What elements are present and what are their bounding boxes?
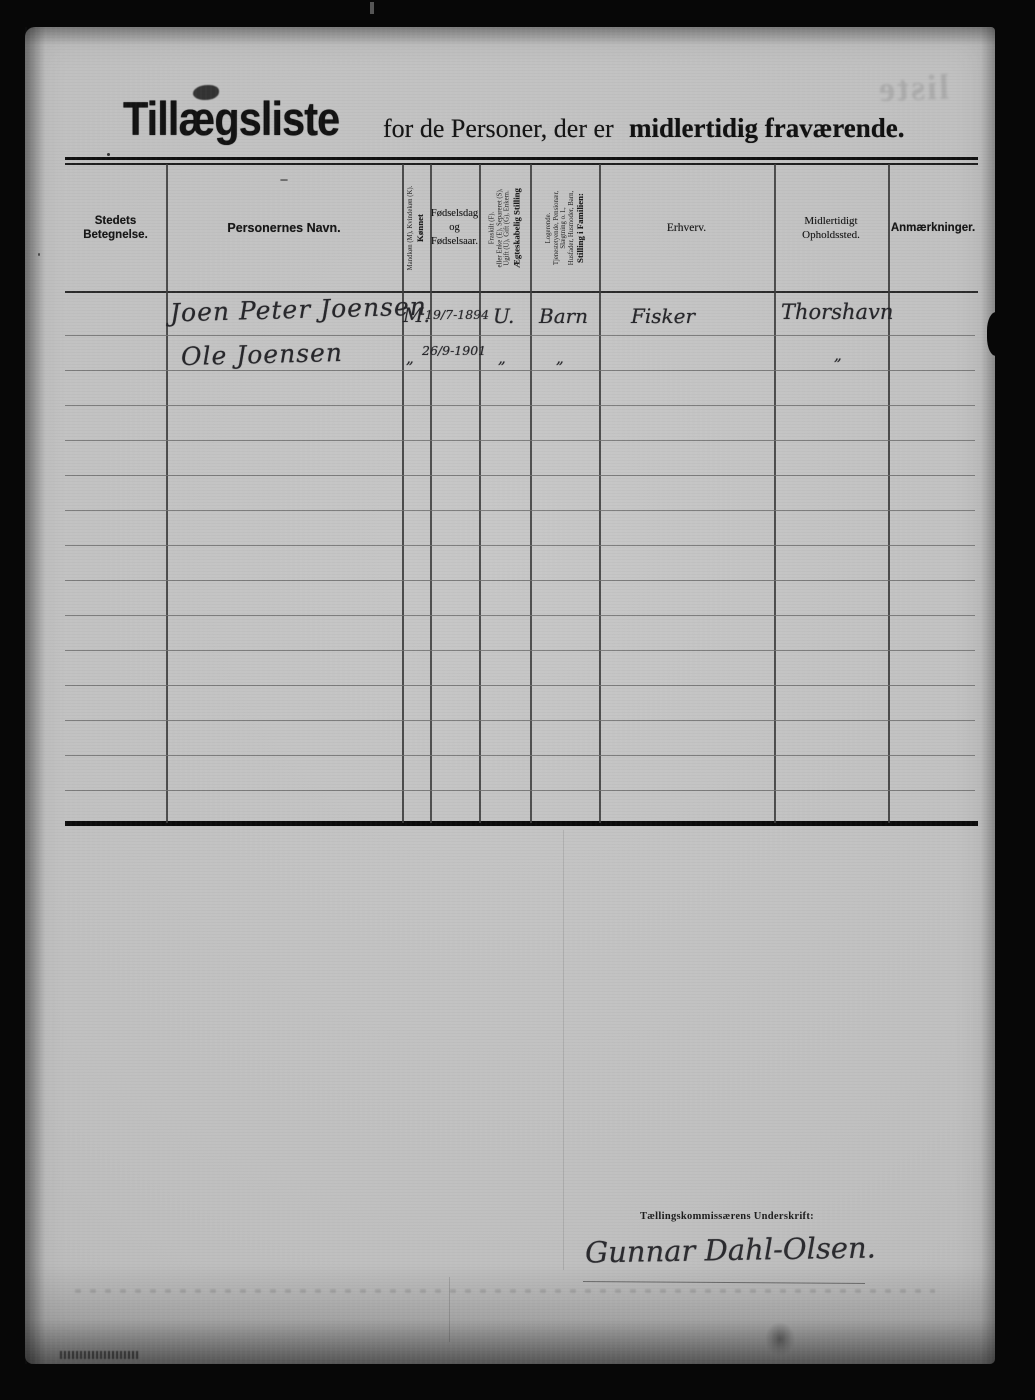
column-header-place: Stedets Betegnelse. <box>65 165 166 291</box>
scanner-edge-mark <box>370 2 374 14</box>
scanned-page: liste Tillægsliste for de Personer, der … <box>0 0 1035 1400</box>
form-subtitle: for de Personer, der er <box>383 114 614 144</box>
entry-residence: Thorshavn <box>781 300 893 324</box>
entry-birthdate: 26/9-1901 <box>422 343 486 358</box>
column-header-family-main: Stilling i Familien: <box>575 167 585 289</box>
column-header-marital-sub1: Ugift (U), Gift (G), Enkem. <box>503 167 511 289</box>
row-line <box>65 755 975 756</box>
scanner-edge-blob <box>987 312 1005 356</box>
column-header-marital-sub3: Fraskilt (F). <box>488 167 496 289</box>
fold-crease <box>563 830 564 1270</box>
dust-speck <box>107 153 110 156</box>
row-line <box>65 650 975 651</box>
column-header-gender-main: Kønnet <box>415 167 425 289</box>
column-header-family: Logerende. Tjenestetyende, Pensionær, Sl… <box>530 165 599 291</box>
entry-gender: „ <box>406 349 414 367</box>
column-header-family-sub2: Slægtning o. l., <box>560 167 568 289</box>
bleedthrough-text: liste <box>876 66 949 110</box>
row-line <box>65 615 975 616</box>
signature-label: Tællingskommissærens Underskrift: <box>640 1211 814 1222</box>
table-top-rule <box>65 157 978 160</box>
column-header-gender: Mandkøn (M), Kvindekøn (K). Kønnet <box>402 165 430 291</box>
row-line <box>65 580 975 581</box>
column-header-occupation-label: Erhverv. <box>667 221 706 235</box>
signature-line <box>583 1281 865 1284</box>
row-line <box>65 440 975 441</box>
column-header-family-sub1: Husfader, Husmoder, Barn, <box>567 167 575 289</box>
column-header-gender-sub: Mandkøn (M), Kvindekøn (K). <box>407 167 415 289</box>
fold-crease <box>449 1277 450 1342</box>
scan-noise-band <box>75 1289 935 1293</box>
entry-family-position: Barn <box>539 304 588 328</box>
row-line <box>65 720 975 721</box>
column-header-birth-line2: og <box>449 221 460 235</box>
form-title: Tillægsliste <box>123 95 339 142</box>
row-line <box>65 405 975 406</box>
row-line <box>65 790 975 791</box>
row-line <box>65 685 975 686</box>
form-table: Stedets Betegnelse. – Personernes Navn. … <box>65 157 978 827</box>
table-bottom-rule <box>65 821 978 826</box>
entry-occupation: Fisker <box>631 304 695 328</box>
column-header-place-line1: Stedets <box>95 214 137 228</box>
column-header-birth-line1: Fødselsdag <box>431 207 478 221</box>
column-header-residence-line2: Opholdssted. <box>802 228 860 242</box>
paper: liste Tillægsliste for de Personer, der … <box>25 27 995 1364</box>
entry-marital-status: „ <box>498 349 506 367</box>
row-line <box>65 475 975 476</box>
column-header-marital: Fraskilt (F). eller Enke (E), Separeret … <box>479 165 530 291</box>
entry-family-position: „ <box>556 349 564 367</box>
column-header-birth: Fødselsdag og Fødselsaar. <box>430 165 479 291</box>
signature-handwriting: Gunnar Dahl-Olsen. <box>585 1230 876 1269</box>
column-header-remarks-label: Anmærkninger. <box>891 221 975 235</box>
name-header-dash: – <box>166 175 402 185</box>
printer-mark-artifact <box>60 1351 138 1359</box>
column-header-family-sub3: Tjenestetyende, Pensionær, <box>552 167 560 289</box>
form-subtitle-emphasis: midlertidig fraværende. <box>629 113 904 144</box>
entry-residence: „ <box>834 346 842 364</box>
column-header-place-line2: Betegnelse. <box>83 228 148 242</box>
column-header-name-label: Personernes Navn. <box>227 221 340 235</box>
column-header-residence-line1: Midlertidigt <box>804 214 857 228</box>
entry-birthdate: 19/7-1894 <box>425 307 489 322</box>
column-header-remarks: Anmærkninger. <box>888 165 978 291</box>
dust-speck <box>38 253 40 256</box>
smudge-artifact <box>765 1322 795 1356</box>
column-header-marital-main: Ægteskabelig Stilling <box>511 167 521 289</box>
entry-name: Ole Joensen <box>181 338 344 371</box>
row-line <box>65 510 975 511</box>
entry-name: Joen Peter Joensen <box>170 292 428 328</box>
header-bottom-rule <box>65 291 978 293</box>
column-header-family-sub4: Logerende. <box>544 167 552 289</box>
entry-marital-status: U. <box>493 304 514 328</box>
column-header-birth-line3: Fødselsaar. <box>431 235 478 249</box>
column-header-marital-sub2: eller Enke (E), Separeret (S), <box>496 167 504 289</box>
column-header-residence: Midlertidigt Opholdssted. <box>774 165 888 291</box>
column-header-occupation: Erhverv. <box>599 165 774 291</box>
row-line <box>65 335 975 336</box>
column-header-name: – Personernes Navn. <box>166 165 402 291</box>
row-line <box>65 545 975 546</box>
